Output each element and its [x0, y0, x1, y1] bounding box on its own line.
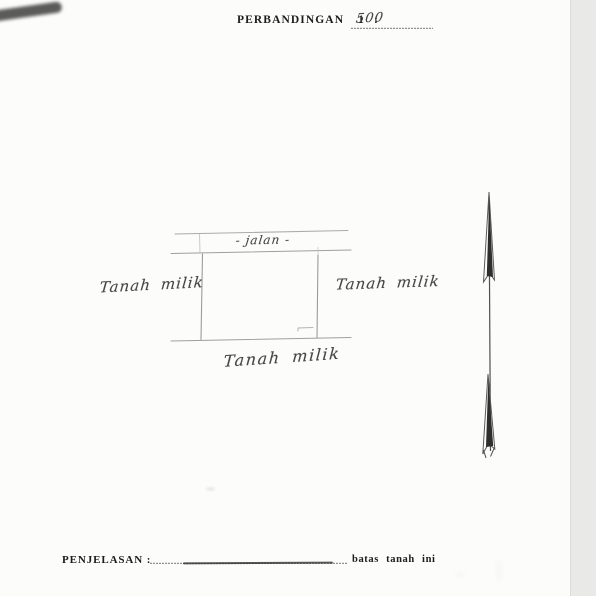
road-lower-line	[171, 250, 351, 254]
plot-left-boundary	[201, 254, 203, 340]
north-arrow-icon	[483, 192, 495, 458]
explanation-label: PENJELASAN :	[62, 554, 151, 566]
road-left-tick	[200, 235, 201, 254]
explanation-suffix: batas tanah ini	[352, 554, 436, 565]
land-owner-label-right: Tanah milik	[335, 272, 433, 293]
plot-inner-mark	[298, 328, 313, 332]
scanned-land-document-page: PERBANDINGAN 1 : 500 ...................…	[0, 0, 596, 596]
land-sketch-drawing	[0, 0, 596, 596]
plot-right-boundary	[317, 255, 318, 338]
road-label-handwritten: - jalan -	[212, 232, 314, 248]
plot-bottom-boundary	[171, 338, 351, 342]
